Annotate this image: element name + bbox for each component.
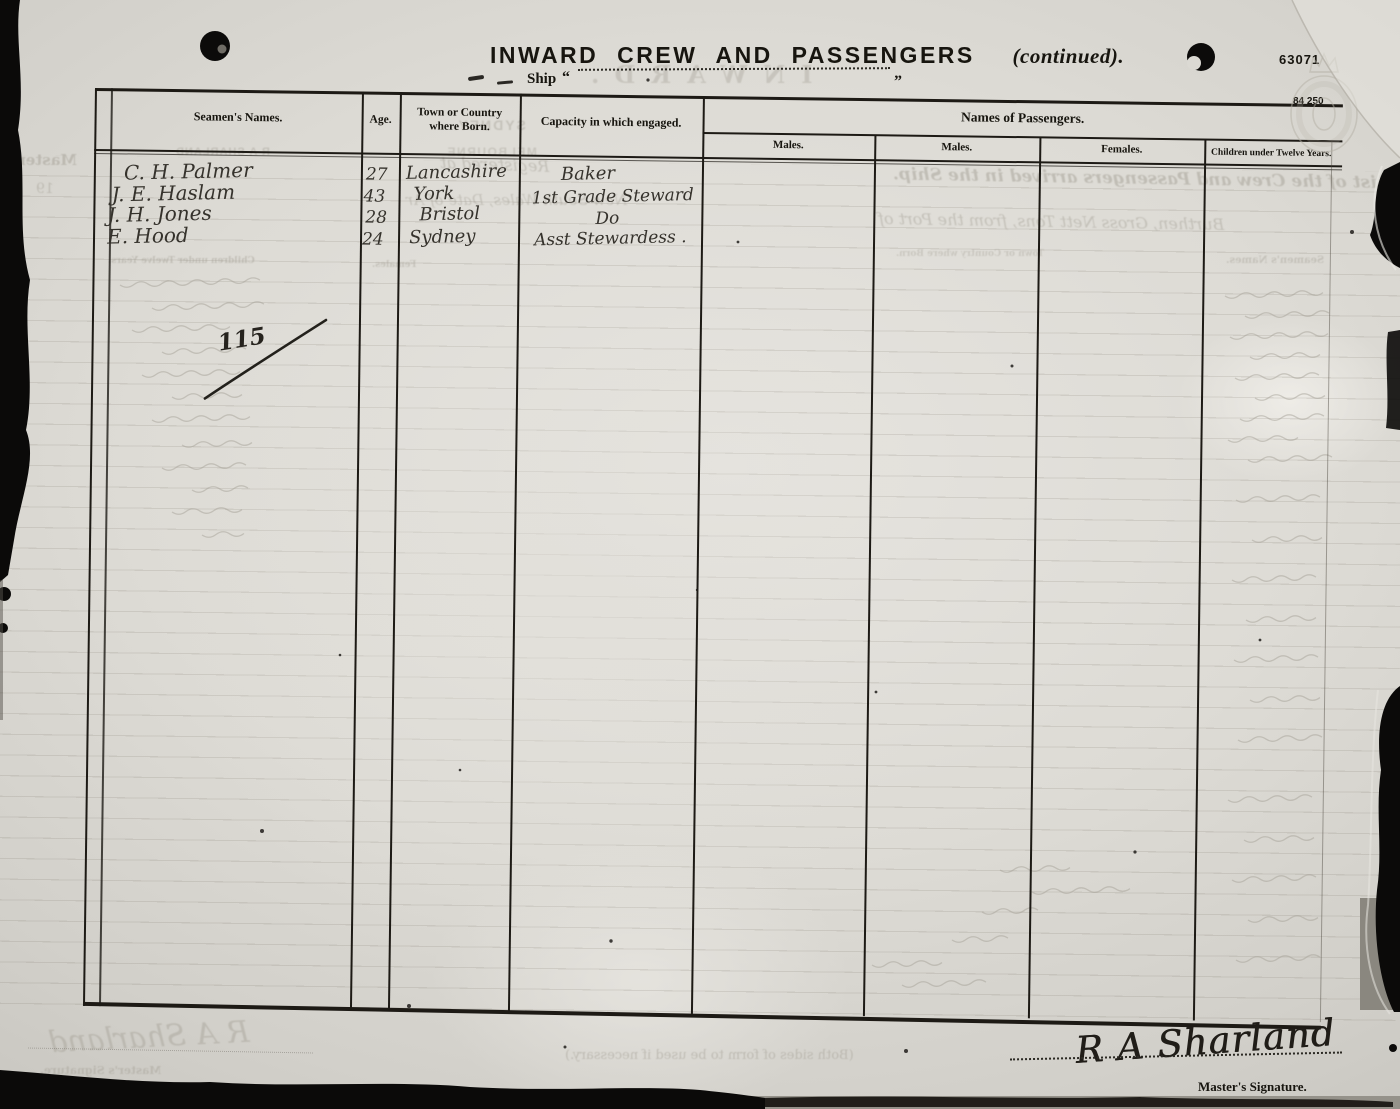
scan-edge-artifacts xyxy=(0,0,1400,1109)
scanned-document-page: INWARD. SYDNEY. MELBOURNE Registered at … xyxy=(0,0,1400,1109)
punch-hole-left xyxy=(200,31,230,61)
punch-hole-right xyxy=(1187,43,1215,71)
